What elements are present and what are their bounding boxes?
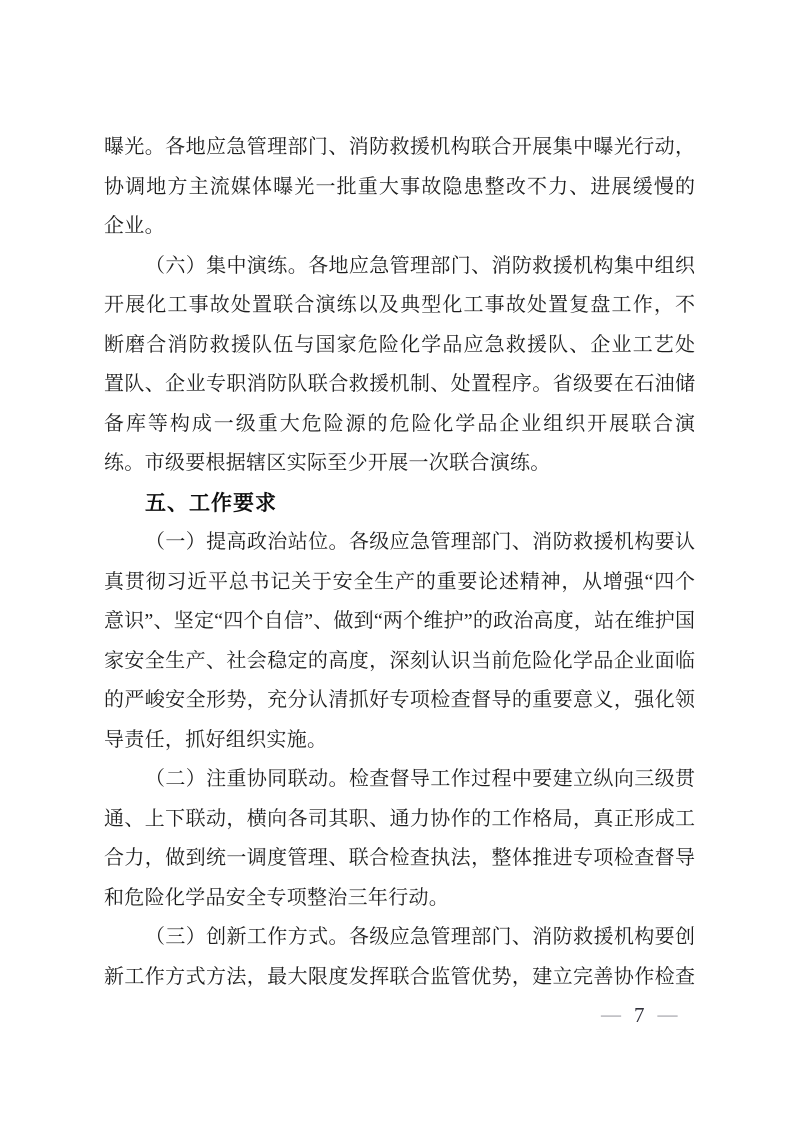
text-line: 曝光。各地应急管理部门、消防救援机构联合开展集中曝光行动， <box>104 128 695 168</box>
text-line: 断磨合消防救援队伍与国家危险化学品应急救援队、企业工艺处 <box>104 326 695 366</box>
text-line: 意识”、坚定“四个自信”、做到“两个维护”的政治高度，站在维护国 <box>104 602 695 642</box>
text-line: 协调地方主流媒体曝光一批重大事故隐患整改不力、进展缓慢的 <box>104 168 695 208</box>
text-line: 合力，做到统一调度管理、联合检查执法，整体推进专项检查督导 <box>104 839 695 879</box>
text-line: 新工作方式方法，最大限度发挥联合监管优势，建立完善协作检查 <box>104 958 695 998</box>
text-line: 练。市级要根据辖区实际至少开展一次联合演练。 <box>104 444 695 484</box>
text-line: 备库等构成一级重大危险源的危险化学品企业组织开展联合演 <box>104 405 695 445</box>
text-line: 和危险化学品安全专项整治三年行动。 <box>104 879 695 919</box>
section-heading: 五、工作要求 <box>104 484 695 524</box>
page-number: 7 <box>634 1002 645 1028</box>
text-line: （一）提高政治站位。各级应急管理部门、消防救援机构要认 <box>104 523 695 563</box>
text-line: 企业。 <box>104 207 695 247</box>
text-line: 家安全生产、社会稳定的高度，深刻认识当前危险化学品企业面临 <box>104 642 695 682</box>
page-footer: — 7 — <box>601 1002 678 1028</box>
text-line: （二）注重协同联动。检查督导工作过程中要建立纵向三级贯 <box>104 760 695 800</box>
text-line: 通、上下联动，横向各司其职、通力协作的工作格局，真正形成工作 <box>104 800 695 840</box>
text-line: （六）集中演练。各地应急管理部门、消防救援机构集中组织 <box>104 247 695 287</box>
page-number-dash-right: — <box>658 1004 678 1026</box>
text-line: 真贯彻习近平总书记关于安全生产的重要论述精神，从增强“四个 <box>104 563 695 603</box>
text-line: 导责任，抓好组织实施。 <box>104 721 695 761</box>
text-line: 开展化工事故处置联合演练以及典型化工事故处置复盘工作，不 <box>104 286 695 326</box>
text-line: 置队、企业专职消防队联合救援机制、处置程序。省级要在石油储 <box>104 365 695 405</box>
document-body: 曝光。各地应急管理部门、消防救援机构联合开展集中曝光行动，协调地方主流媒体曝光一… <box>104 128 695 997</box>
page-number-dash-left: — <box>601 1004 621 1026</box>
text-line: （三）创新工作方式。各级应急管理部门、消防救援机构要创 <box>104 918 695 958</box>
text-line: 的严峻安全形势，充分认清抓好专项检查督导的重要意义，强化领 <box>104 681 695 721</box>
document-page: 曝光。各地应急管理部门、消防救援机构联合开展集中曝光行动，协调地方主流媒体曝光一… <box>0 0 800 1131</box>
